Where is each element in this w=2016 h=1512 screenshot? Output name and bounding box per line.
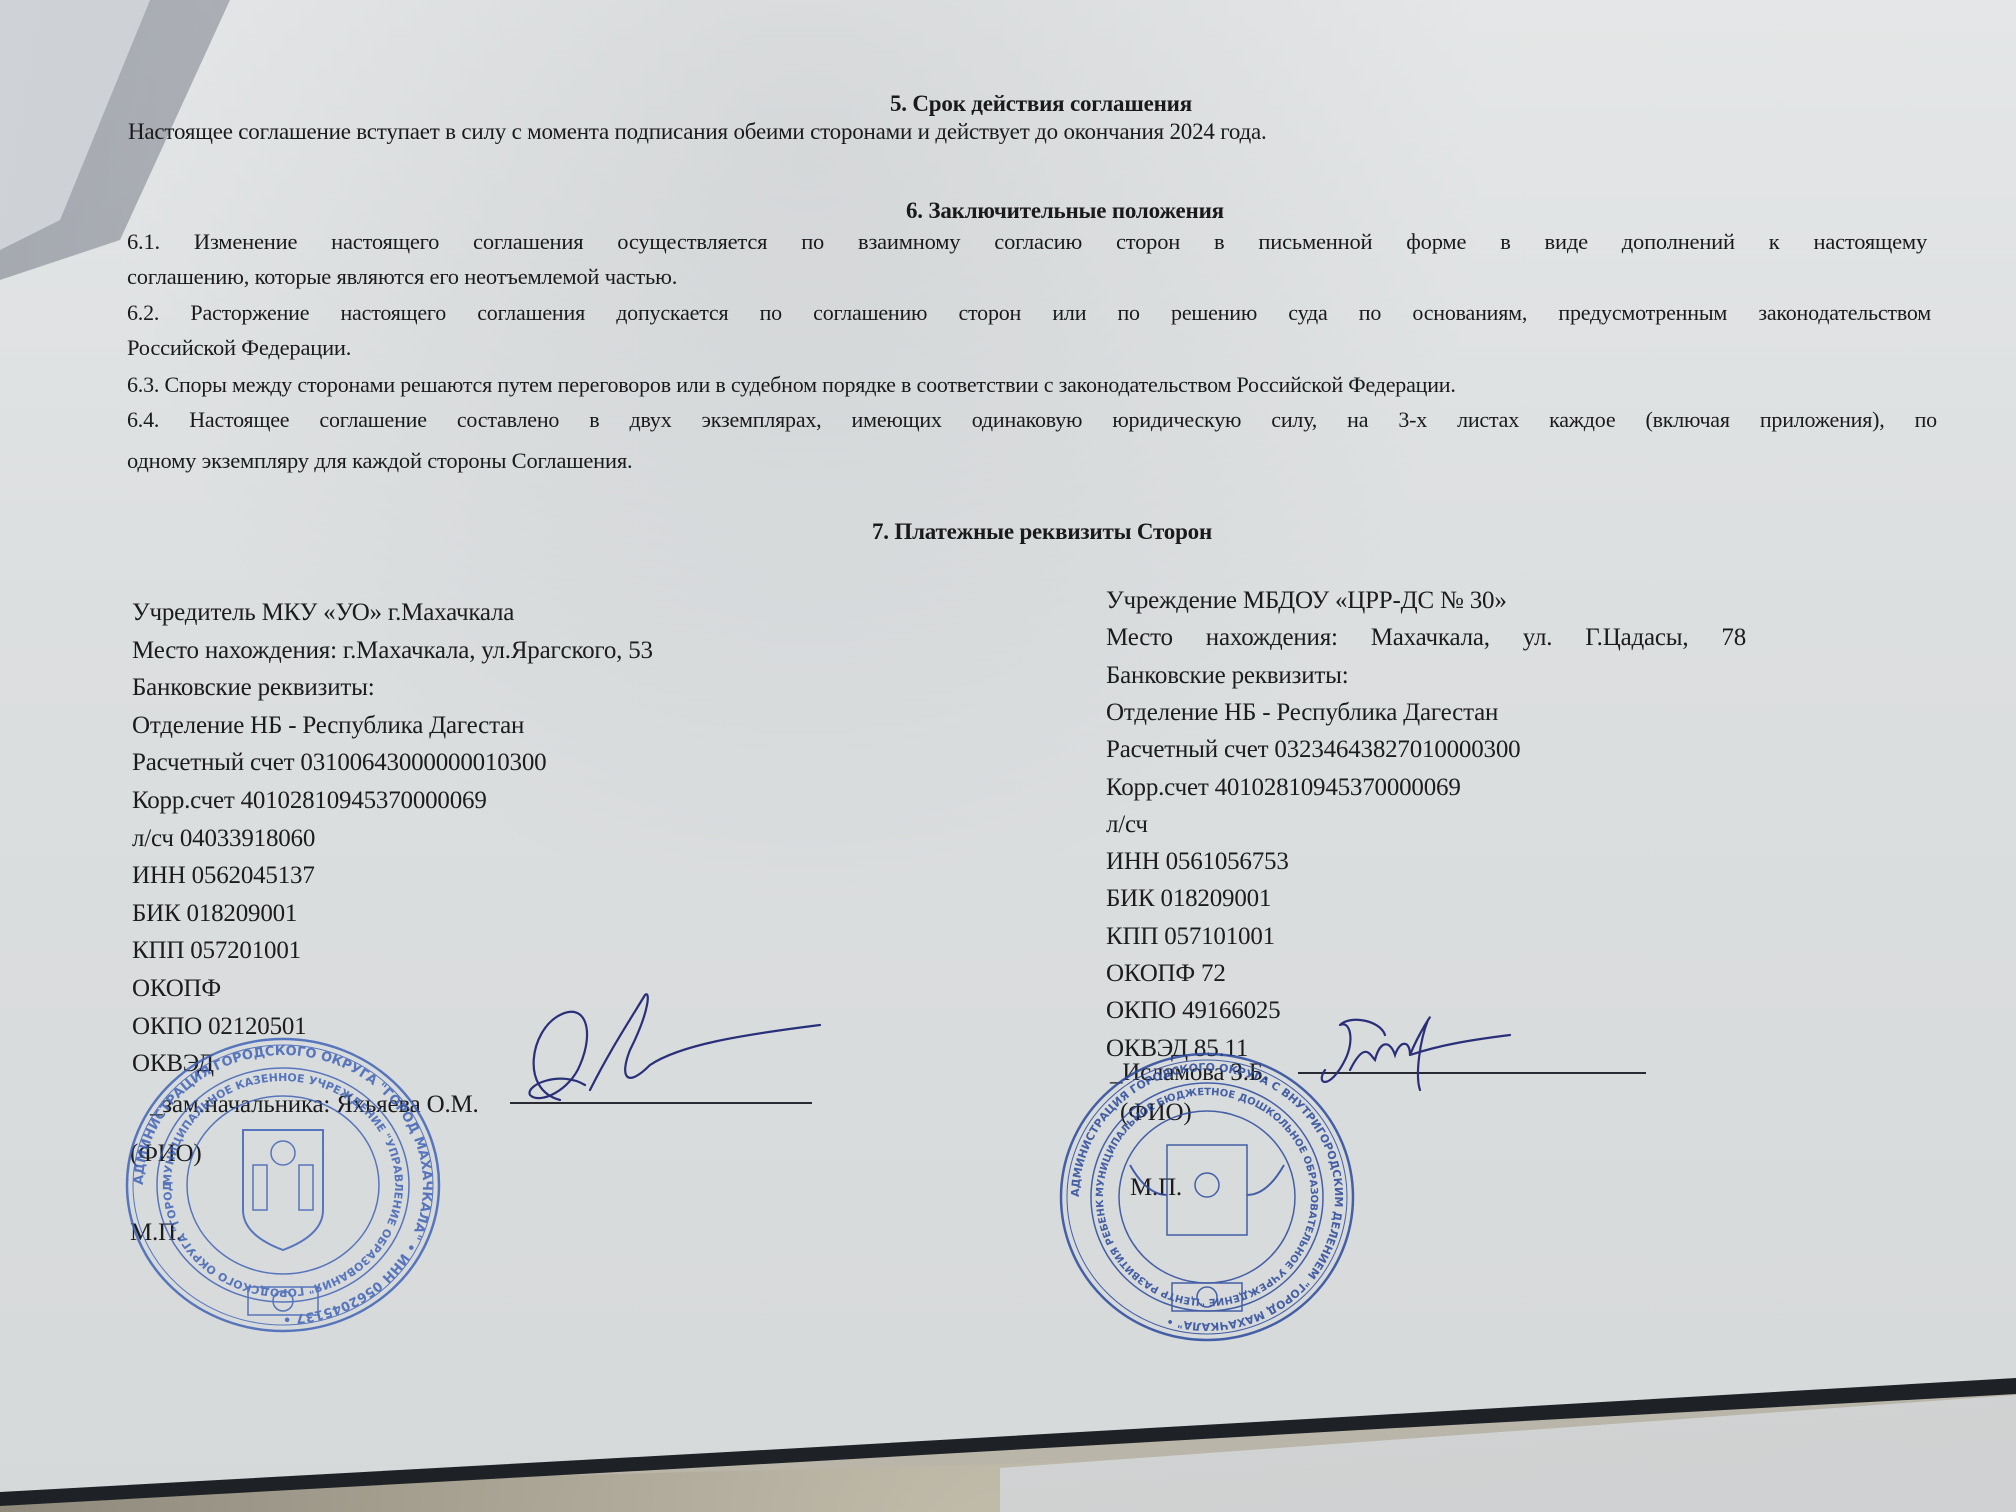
right-handwritten-signature <box>1310 1000 1540 1100</box>
right-requisite-line: Расчетный счет 03234643827010000300 <box>1106 737 1520 762</box>
section-7-heading: 7. Платежные реквизиты Сторон <box>872 520 1212 543</box>
left-requisite-line: БИК 018209001 <box>132 901 297 926</box>
left-requisite-line: л/сч 04033918060 <box>132 826 315 851</box>
right-requisite-line: ИНН 0561056753 <box>1106 849 1289 874</box>
right-requisite-line: Учреждение МБДОУ «ЦРР-ДС № 30» <box>1106 588 1507 613</box>
clause-6-4-line-1: 6.4. Настоящее соглашение составлено в д… <box>127 409 1937 431</box>
right-requisite-line: Место нахождения: Махачкала, ул. Г.Цадас… <box>1106 625 1746 650</box>
clause-6-2-line-1: 6.2. Расторжение настоящего соглашения д… <box>127 302 1931 324</box>
left-requisite-line: Учредитель МКУ «УО» г.Махачкала <box>132 600 514 625</box>
clause-6-3: 6.3. Споры между сторонами решаются путе… <box>127 374 1456 396</box>
left-requisite-line: ОКОПФ <box>132 976 221 1001</box>
left-requisite-line: Банковские реквизиты: <box>132 675 374 700</box>
clause-6-1-line-2: соглашению, которые являются его неотъем… <box>127 266 677 289</box>
clause-6-2-line-2: Российской Федерации. <box>127 337 351 360</box>
clause-6-1-line-1: 6.1. Изменение настоящего соглашения осу… <box>127 231 1927 254</box>
left-requisite-line: Расчетный счет 03100643000000010300 <box>132 750 546 775</box>
right-requisite-line: л/сч <box>1106 812 1148 837</box>
clause-6-4-line-2: одному экземпляру для каждой стороны Сог… <box>127 450 632 473</box>
section-5-heading: 5. Срок действия соглашения <box>890 92 1192 115</box>
section-5-text: Настоящее соглашение вступает в силу с м… <box>128 120 1267 143</box>
left-requisite-line: Корр.счет 40102810945370000069 <box>132 788 487 813</box>
left-requisite-line: ИНН 0562045137 <box>132 863 315 888</box>
left-official-stamp: АДМИНИСТРАЦИЯ ГОРОДСКОГО ОКРУГА "ГОРОД М… <box>118 1025 448 1345</box>
right-requisite-line: БИК 018209001 <box>1106 886 1271 911</box>
left-handwritten-signature <box>500 990 840 1120</box>
right-requisite-line: Корр.счет 40102810945370000069 <box>1106 775 1461 800</box>
left-requisite-line: Отделение НБ - Республика Дагестан <box>132 713 524 738</box>
section-6-heading: 6. Заключительные положения <box>906 199 1224 222</box>
right-requisite-line: Банковские реквизиты: <box>1106 663 1348 688</box>
left-requisite-line: КПП 057201001 <box>132 938 301 963</box>
left-requisite-line: Место нахождения: г.Махачкала, ул.Ярагск… <box>132 638 653 663</box>
right-requisite-line: ОКОПФ 72 <box>1106 961 1226 986</box>
right-requisite-line: КПП 057101001 <box>1106 924 1275 949</box>
right-requisite-line: ОКПО 49166025 <box>1106 998 1281 1023</box>
right-requisite-line: Отделение НБ - Республика Дагестан <box>1106 700 1498 725</box>
